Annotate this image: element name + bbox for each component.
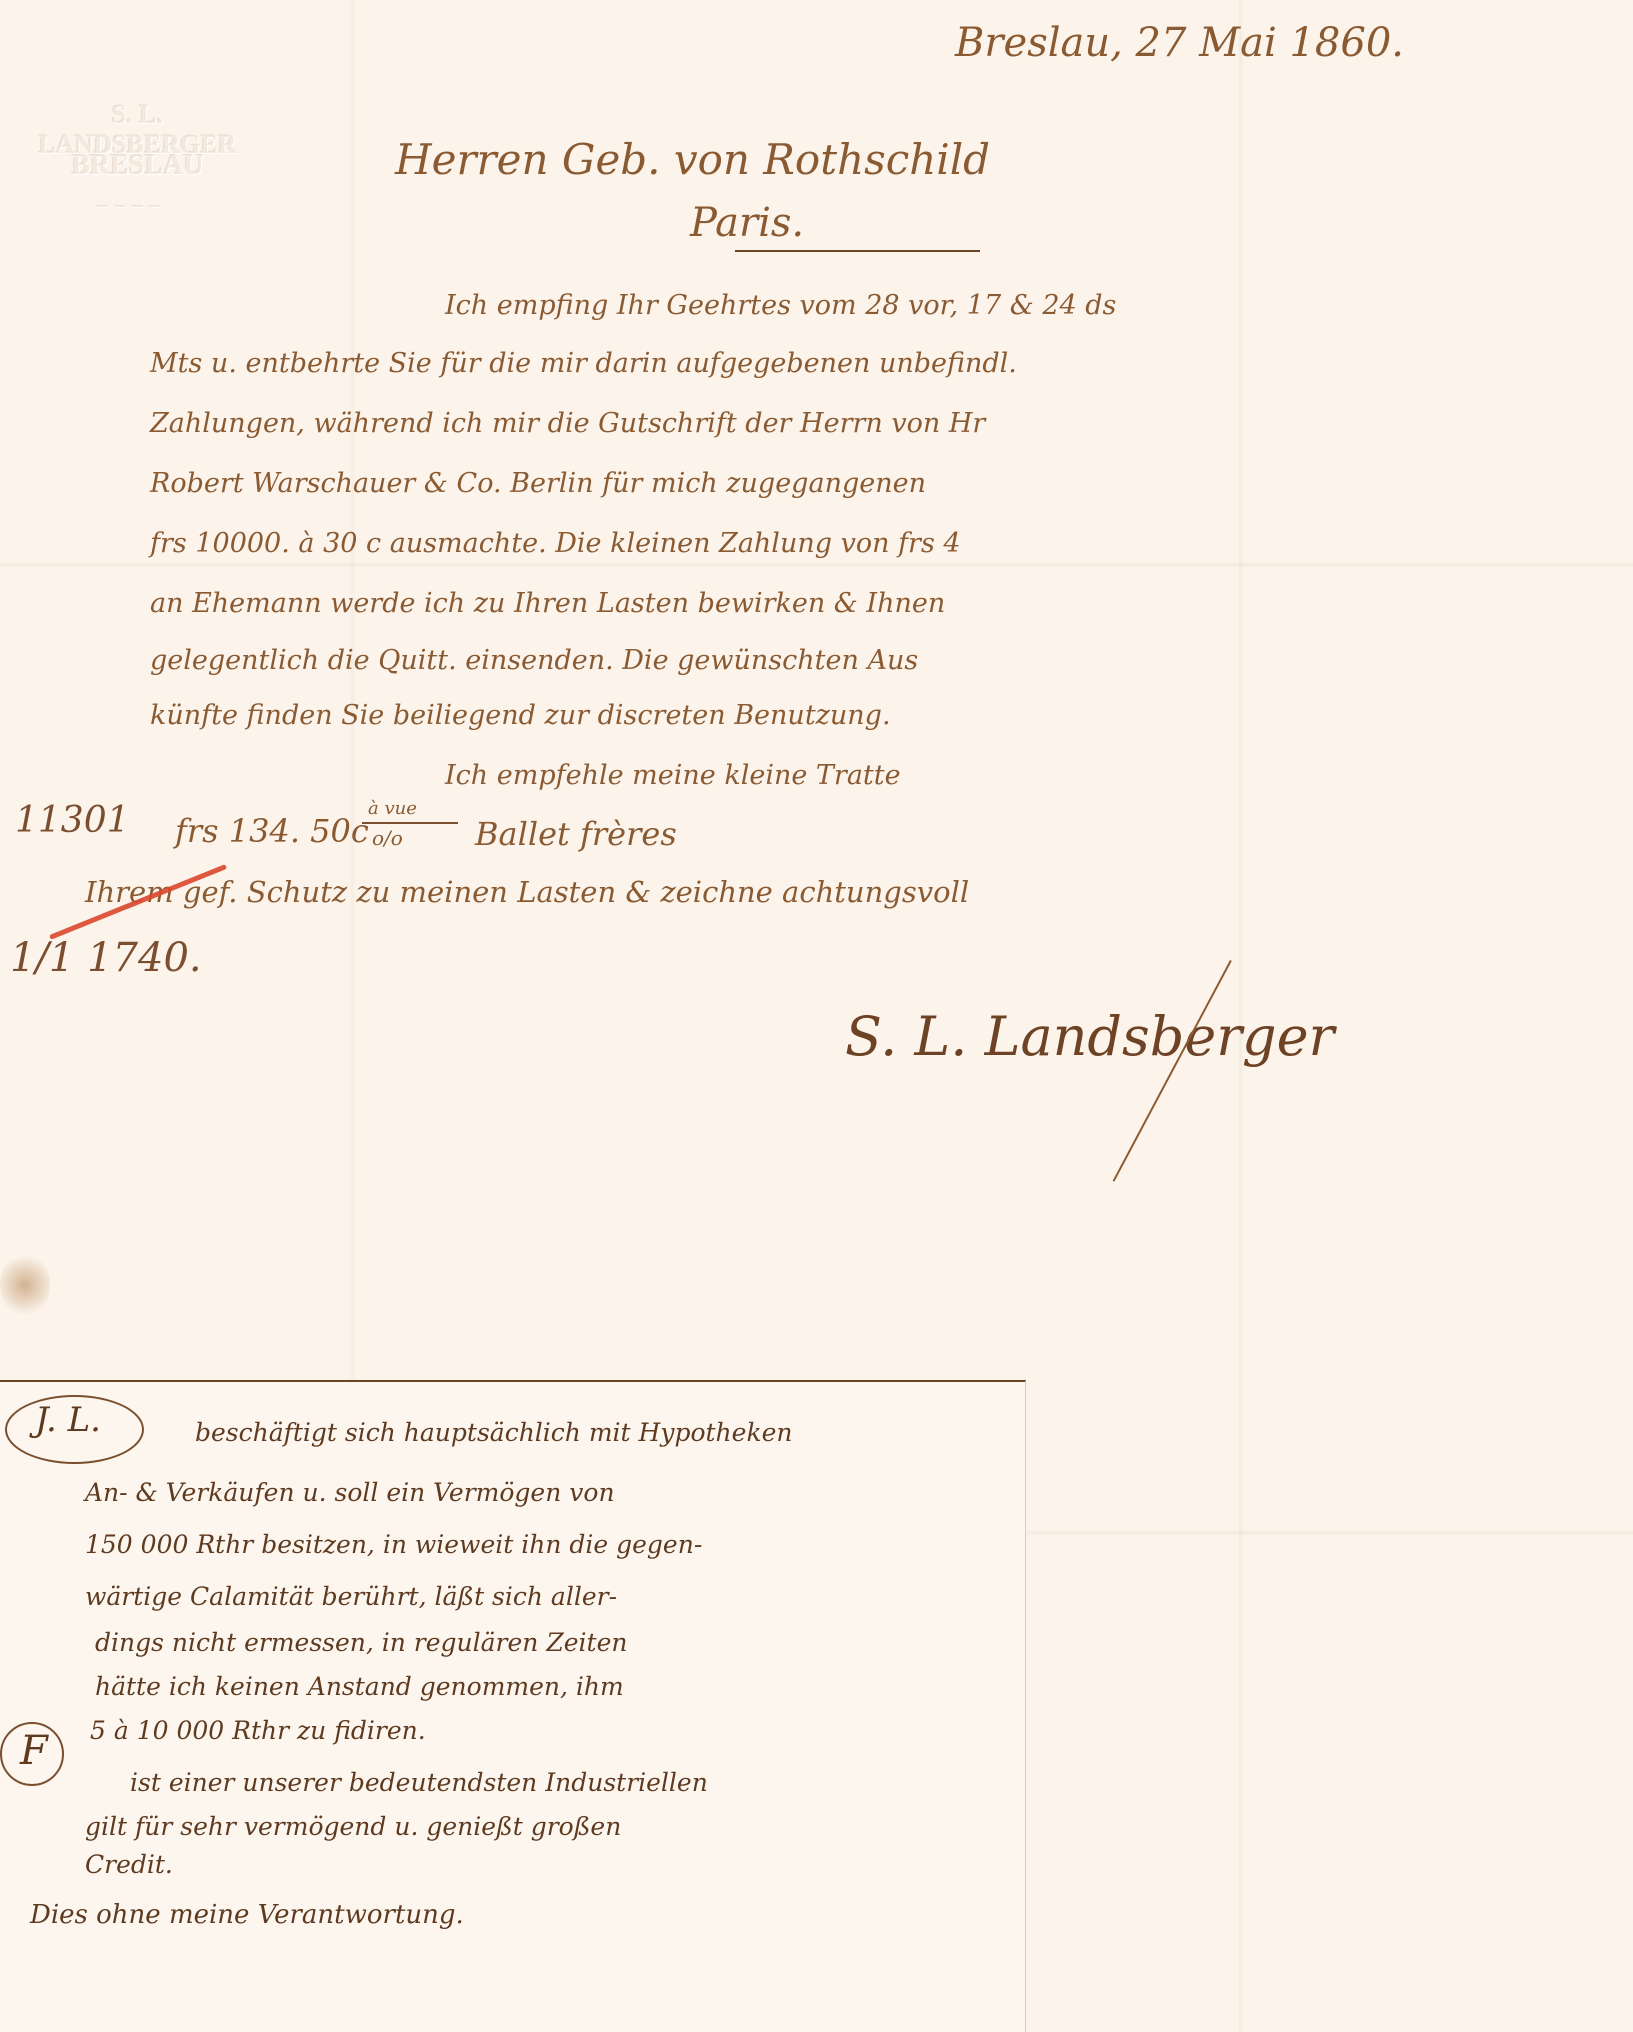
entry1-line-2: An- & Verkäufen u. soll ein Vermögen von <box>85 1478 615 1507</box>
draft-payee: Ballet frères <box>475 815 677 853</box>
body-line-2: Mts u. entbehrte Sie für die mir darin a… <box>150 348 1017 379</box>
margin-annotation: 1/1 1740. <box>10 935 202 981</box>
entry2-line-3: Credit. <box>85 1850 173 1879</box>
entry1-line-7: 5 à 10 000 Rthr zu fidiren. <box>90 1716 426 1745</box>
addressee-city: Paris. <box>690 200 804 246</box>
body-line-9: Ich empfehle meine kleine Tratte <box>445 760 901 791</box>
entry1-line-3: 150 000 Rthr besitzen, in wieweit ihn di… <box>85 1530 702 1559</box>
body-line-5: frs 10000. à 30 c ausmachte. Die kleinen… <box>150 528 961 559</box>
entry1-label: J. L. <box>35 1400 101 1440</box>
closing-line: Ihrem gef. Schutz zu meinen Lasten & zei… <box>85 875 969 909</box>
entry1-line-4: wärtige Calamität berührt, läßt sich all… <box>85 1582 617 1611</box>
fraction-bar <box>362 822 458 824</box>
body-line-7: gelegentlich die Quitt. einsenden. Die g… <box>150 645 918 676</box>
body-line-8: künfte finden Sie beiliegend zur discret… <box>150 700 891 731</box>
entry1-line-1: beschäftigt sich hauptsächlich mit Hypot… <box>195 1418 793 1447</box>
letterhead-city: BRESLAU <box>15 150 260 182</box>
body-line-6: an Ehemann werde ich zu Ihren Lasten bew… <box>150 588 945 619</box>
body-line-1: Ich empfing Ihr Geehrtes vom 28 vor, 17 … <box>445 290 1116 321</box>
draft-amount: frs 134. 50c <box>175 812 369 850</box>
body-line-3: Zahlungen, während ich mir die Gutschrif… <box>150 408 985 439</box>
body-line-4: Robert Warschauer & Co. Berlin für mich … <box>150 468 926 499</box>
entry2-line-1: ist einer unserer bedeutendsten Industri… <box>130 1768 708 1797</box>
draft-number: 11301 <box>15 800 130 841</box>
addressee-underline <box>735 250 980 252</box>
entry2-label: F <box>20 1728 48 1774</box>
stain <box>0 1250 50 1320</box>
draft-fraction-bottom: o/o <box>372 826 403 850</box>
enclosure-footer: Dies ohne meine Verantwortung. <box>30 1900 464 1930</box>
draft-fraction-top: à vue <box>368 798 417 819</box>
entry1-line-6: hätte ich keinen Anstand genommen, ihm <box>95 1672 624 1701</box>
letterhead-subline: — — — — <box>40 200 220 212</box>
signature: S. L. Landsberger <box>845 1005 1334 1068</box>
entry2-line-2: gilt für sehr vermögend u. genießt große… <box>85 1812 621 1841</box>
entry1-line-5: dings nicht ermessen, in regulären Zeite… <box>95 1628 627 1657</box>
addressee-name: Herren Geb. von Rothschild <box>395 135 990 184</box>
dateline: Breslau, 27 Mai 1860. <box>955 20 1404 66</box>
